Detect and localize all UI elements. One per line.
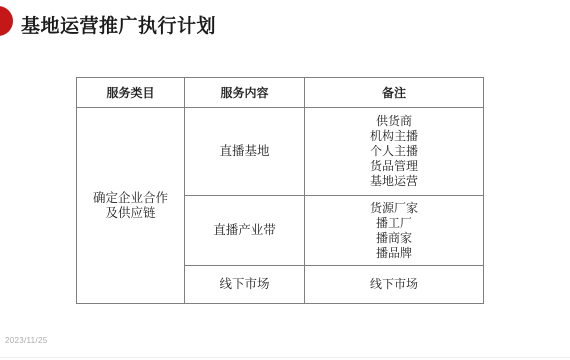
note-line: 播商家: [305, 231, 483, 246]
content-cell: 直播产业带: [185, 196, 305, 266]
slide-canvas: 基地运营推广执行计划 服务类目 服务内容 备注 确定企业合作 及供应链 直播基地…: [0, 0, 570, 360]
note-line: 货品管理: [305, 159, 483, 174]
note-line: 个人主播: [305, 144, 483, 159]
notes-cell: 线下市场: [305, 266, 484, 304]
content-cell: 线下市场: [185, 266, 305, 304]
content-label: 直播基地: [185, 144, 304, 159]
category-line: 及供应链: [77, 206, 184, 221]
header-service-category: 服务类目: [77, 78, 185, 108]
note-line: 线下市场: [305, 277, 483, 292]
slide-date: 2023/11/25: [5, 336, 47, 345]
table-row: 确定企业合作 及供应链 直播基地 供货商 机构主播 个人主播 货品管理 基地运营: [77, 108, 484, 196]
red-circle-icon: [0, 6, 13, 36]
bottom-divider: [0, 357, 570, 358]
slide-title: 基地运营推广执行计划: [21, 11, 216, 38]
header-notes: 备注: [305, 78, 484, 108]
service-plan-table: 服务类目 服务内容 备注 确定企业合作 及供应链 直播基地 供货商 机构主播 个…: [76, 77, 484, 304]
content-cell: 直播基地: [185, 108, 305, 196]
note-line: 播品牌: [305, 246, 483, 261]
content-label: 线下市场: [185, 277, 304, 292]
table-header-row: 服务类目 服务内容 备注: [77, 78, 484, 108]
notes-cell: 供货商 机构主播 个人主播 货品管理 基地运营: [305, 108, 484, 196]
notes-cell: 货源厂家 播工厂 播商家 播品牌: [305, 196, 484, 266]
category-line: 确定企业合作: [77, 191, 184, 206]
content-label: 直播产业带: [185, 223, 304, 238]
header-service-content: 服务内容: [185, 78, 305, 108]
note-line: 货源厂家: [305, 201, 483, 216]
note-line: 基地运营: [305, 174, 483, 189]
note-line: 供货商: [305, 114, 483, 129]
category-merged-cell: 确定企业合作 及供应链: [77, 108, 185, 304]
note-line: 播工厂: [305, 216, 483, 231]
note-line: 机构主播: [305, 129, 483, 144]
